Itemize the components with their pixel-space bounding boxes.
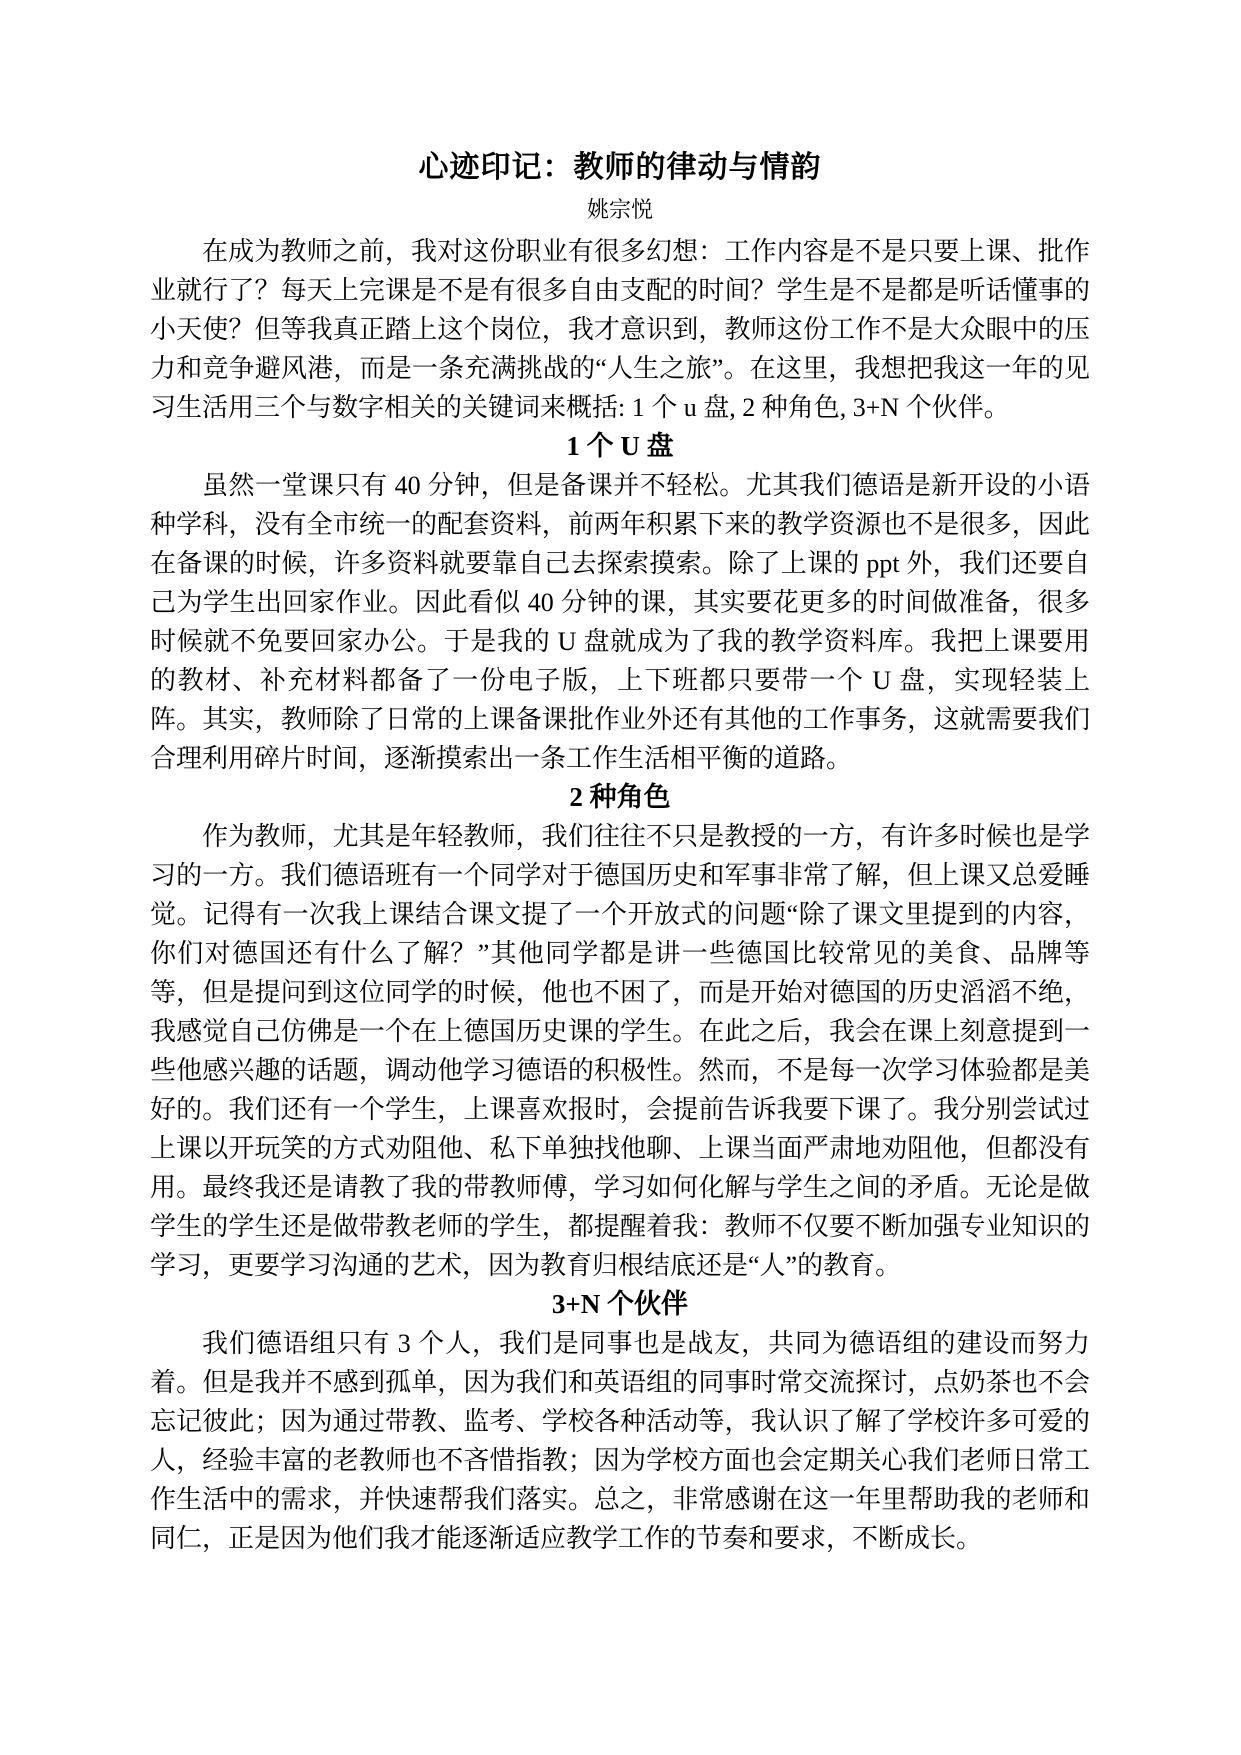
paragraph-u-disk: 虽然一堂课只有 40 分钟，但是备课并不轻松。尤其我们德语是新开设的小语种学科，… bbox=[150, 466, 1090, 778]
document-page: 心迹印记：教师的律动与情韵 姚宗悦 在成为教师之前，我对这份职业有很多幻想：工作… bbox=[0, 0, 1241, 1755]
paragraph-intro: 在成为教师之前，我对这份职业有很多幻想：工作内容是不是只要上课、批作业就行了？每… bbox=[150, 232, 1090, 427]
paragraph-two-roles: 作为教师，尤其是年轻教师，我们往往不只是教授的一方，有许多时候也是学习的一方。我… bbox=[150, 817, 1090, 1285]
author-name: 姚宗悦 bbox=[150, 190, 1090, 230]
section-heading-u-disk: 1 个 U 盘 bbox=[150, 427, 1090, 466]
paragraph-partners: 我们德语组只有 3 个人，我们是同事也是战友，共同为德语组的建设而努力着。但是我… bbox=[150, 1324, 1090, 1558]
section-heading-partners: 3+N 个伙伴 bbox=[150, 1285, 1090, 1324]
document-title: 心迹印记：教师的律动与情韵 bbox=[150, 146, 1090, 190]
section-heading-two-roles: 2 种角色 bbox=[150, 778, 1090, 817]
